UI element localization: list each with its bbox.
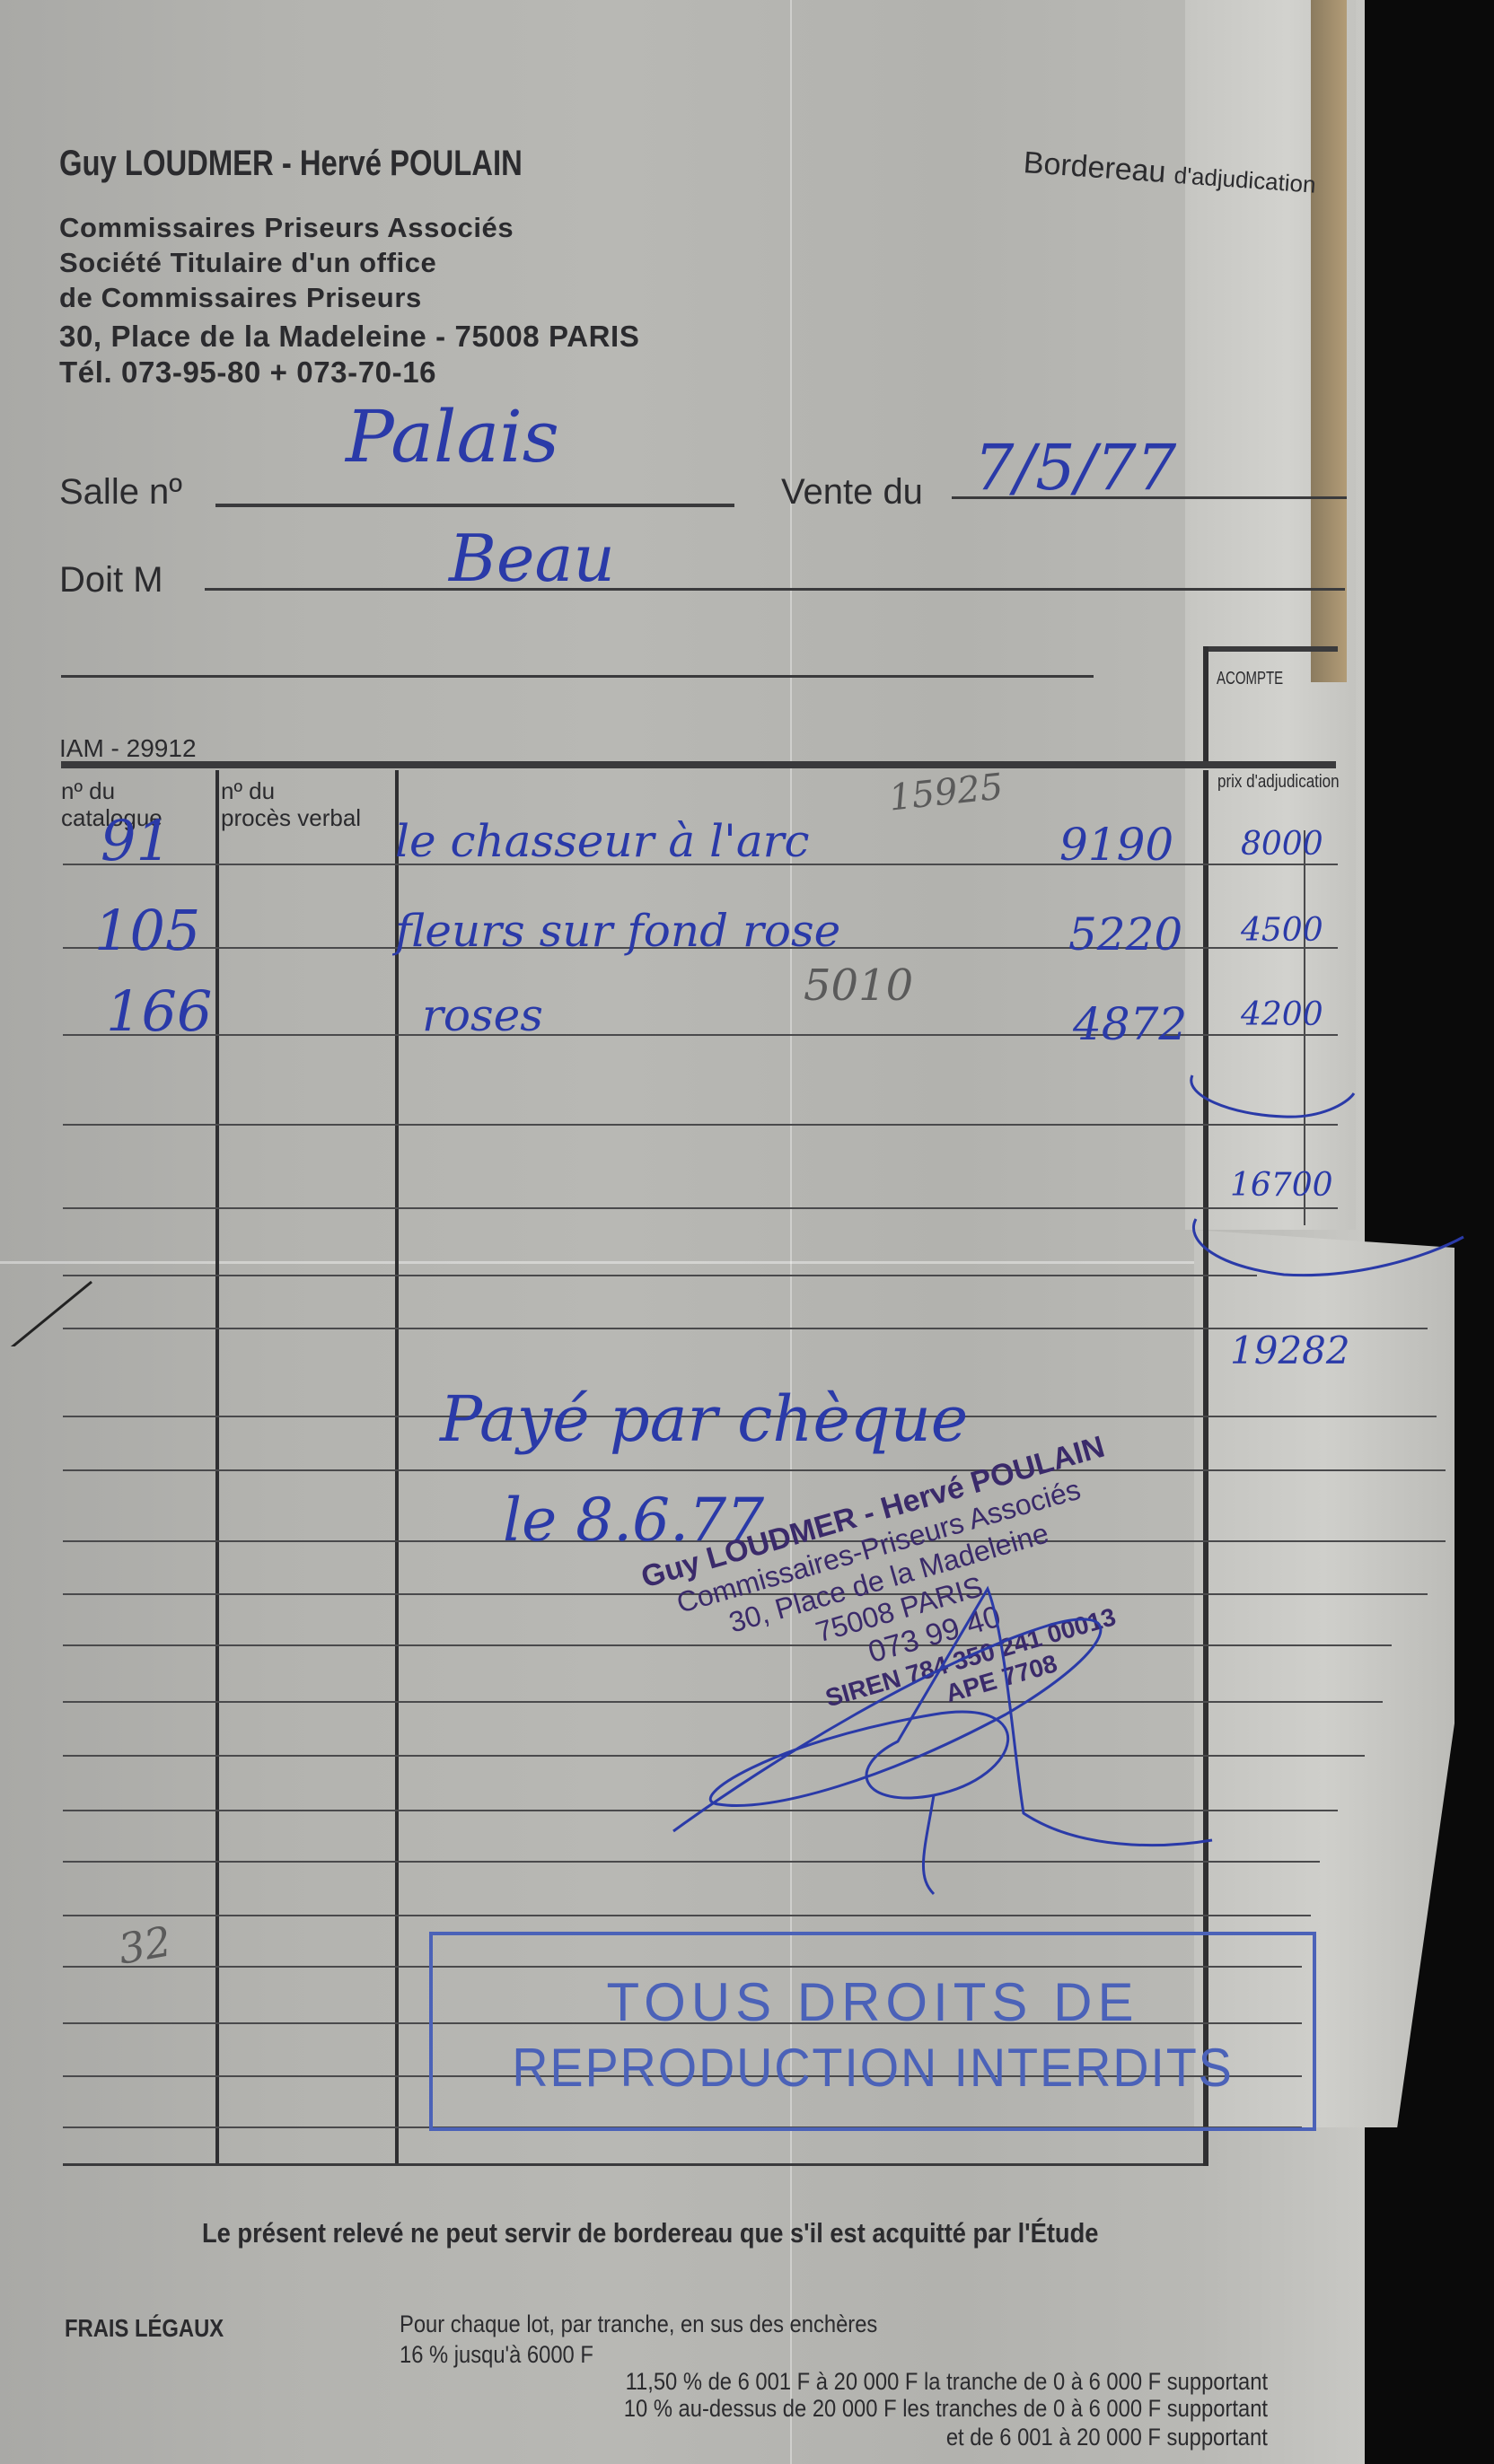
row-1-prix: 8000 — [1241, 826, 1323, 863]
payment-note-line1: Payé par chèque — [440, 1382, 968, 1456]
letterhead-title: Guy LOUDMER - Hervé POULAIN — [59, 144, 523, 184]
col-header-prix-adjudication: prix d'adjudication — [1217, 772, 1340, 793]
doit-label: Doit M — [59, 560, 163, 601]
table-header-rule — [61, 761, 1336, 768]
signature-icon — [664, 1580, 1221, 1903]
total-value: 19282 — [1230, 1328, 1350, 1372]
fees-line: 11,50 % de 6 001 F à 20 000 F la tranche… — [626, 2368, 1268, 2396]
row-1-catalogue: 91 — [101, 808, 171, 873]
total-bracket-icon — [1176, 1212, 1472, 1293]
col-divider-2 — [395, 770, 399, 2166]
fees-line: et de 6 001 à 20 000 F supportant — [946, 2424, 1268, 2451]
salle-value: Palais — [346, 395, 559, 478]
acompte-box-left — [1203, 646, 1208, 763]
vente-label: Vente du — [781, 472, 923, 513]
stray-pen-mark-icon — [0, 1257, 99, 1346]
notice-line-2: REPRODUCTION INTERDITS — [463, 2037, 1281, 2099]
fees-line: 10 % au-dessus de 20 000 F les tranches … — [624, 2395, 1268, 2423]
doit-underline — [205, 588, 1345, 591]
acompte-box-top — [1203, 646, 1338, 652]
row-2-prix: 4500 — [1241, 912, 1323, 949]
fees-line: Pour chaque lot, par tranche, en sus des… — [400, 2311, 877, 2338]
letterhead-line: Commissaires Priseurs Associés — [59, 212, 514, 244]
subtotal-value: 16700 — [1230, 1167, 1333, 1204]
row-3-catalogue: 166 — [106, 978, 212, 1044]
reproduction-notice-stamp: TOUS DROITS DE REPRODUCTION INTERDITS — [429, 1932, 1316, 2131]
letterhead-address: 30, Place de la Madeleine - 75008 PARIS — [59, 320, 639, 354]
address-blank-line — [61, 675, 1094, 678]
form-reference: IAM - 29912 — [59, 734, 197, 763]
margin-note-5010: 5010 — [804, 960, 913, 1011]
fees-line: 16 % jusqu'à 6000 F — [400, 2341, 593, 2369]
row-3-description: roses — [422, 989, 543, 1041]
row-2-catalogue: 105 — [94, 898, 200, 963]
doit-value: Beau — [449, 521, 615, 596]
row-3-prix: 4200 — [1241, 996, 1323, 1033]
row-2-amount: 5220 — [1068, 908, 1182, 960]
frais-legaux-label: FRAIS LÉGAUX — [65, 2314, 224, 2343]
letterhead-phone: Tél. 073-95-80 + 073-70-16 — [59, 355, 436, 390]
salle-label: Salle nº — [59, 472, 182, 513]
col-header-proces-verbal: nº du procès verbal — [221, 777, 361, 831]
vente-value: 7/5/77 — [974, 431, 1176, 504]
pencil-mark: 32 — [115, 1916, 175, 1973]
row-1-amount: 9190 — [1059, 819, 1173, 871]
row-1-description: le chasseur à l'arc — [395, 815, 810, 867]
col-divider-1 — [215, 770, 219, 2166]
subtotal-bracket-icon — [1176, 1059, 1356, 1140]
acompte-label: ACOMPTE — [1217, 669, 1283, 689]
notice-line-1: TOUS DROITS DE — [433, 1971, 1313, 2033]
letterhead-line: de Commissaires Priseurs — [59, 282, 422, 314]
fold-crease-horizontal — [0, 1261, 1194, 1264]
paper-edge-backing — [1311, 0, 1347, 682]
footer-disclaimer: Le présent relevé ne peut servir de bord… — [202, 2217, 1098, 2249]
letterhead-line: Société Titulaire d'un office — [59, 247, 436, 279]
salle-underline — [215, 504, 734, 507]
row-2-description: fleurs sur fond rose — [395, 905, 840, 957]
row-3-amount: 4872 — [1073, 998, 1187, 1050]
